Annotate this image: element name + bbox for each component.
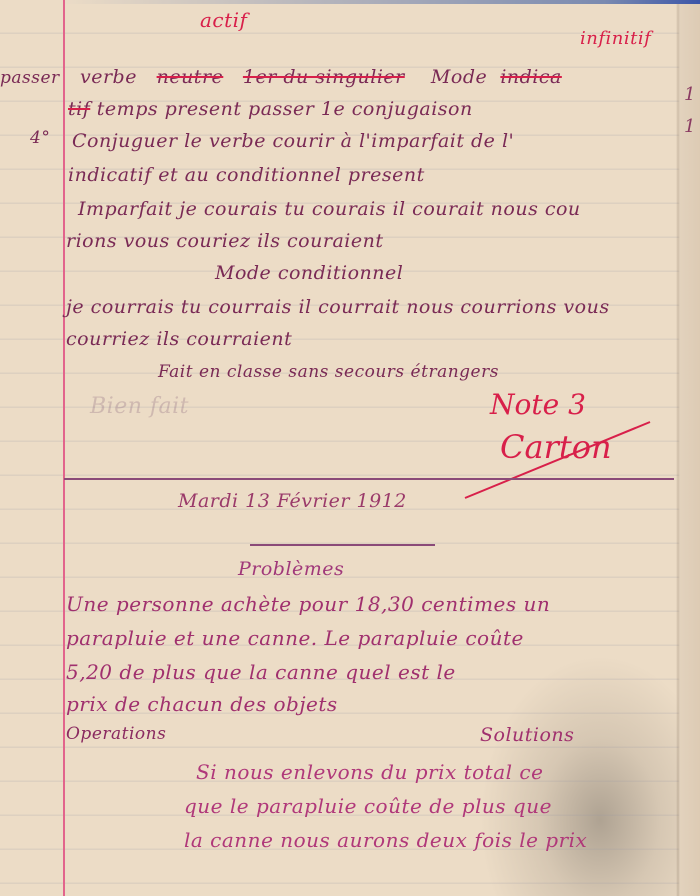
analysis-rest: temps present passer 1e conjugaison xyxy=(97,98,473,120)
notebook-page: passer 4° actif infinitif verbe neutre 1… xyxy=(0,0,700,896)
problem-line-4: prix de chacun des objets xyxy=(66,692,338,716)
solution-line-2: que le parapluie coûte de plus que xyxy=(184,794,552,818)
problem-line-1: Une personne achète pour 18,30 centimes … xyxy=(66,592,550,616)
word-verbe: verbe xyxy=(80,66,137,88)
problem-line-3: 5,20 de plus que la canne quel est le xyxy=(66,660,456,684)
teacher-correction-infinitif: infinitif xyxy=(580,28,651,49)
notebook-cover-edge xyxy=(60,0,700,4)
solutions-label: Solutions xyxy=(480,724,574,746)
imparfait-line-2: rions vous couriez ils couraient xyxy=(66,230,383,252)
conditionnel-line-2: courriez ils courraient xyxy=(66,328,292,350)
analysis-line-1: verbe neutre 1er du singulier Mode indic… xyxy=(80,66,562,88)
problem-line-2: parapluie et une canne. Le parapluie coû… xyxy=(66,626,524,650)
operations-label: Operations xyxy=(66,724,166,744)
conditionnel-title: Mode conditionnel xyxy=(215,262,403,284)
right-page-fragment: 1 xyxy=(684,84,695,105)
conditionnel-line-1: je courrais tu courrais il courrait nous… xyxy=(66,296,610,318)
section-divider xyxy=(64,478,674,480)
struck-tif: tif xyxy=(68,98,90,120)
teacher-correction-actif: actif xyxy=(200,8,247,32)
instruction-line-1: Conjuguer le verbe courir à l'imparfait … xyxy=(72,130,514,152)
struck-neutre: neutre xyxy=(157,66,224,88)
margin-note-passer: passer xyxy=(0,68,60,88)
struck-singulier: 1er du singulier xyxy=(243,66,405,88)
right-page-fragment: 1 xyxy=(684,116,695,137)
analysis-line-2: tif temps present passer 1e conjugaison xyxy=(68,98,473,120)
signature-flourish xyxy=(460,410,660,510)
section-title-problemes: Problèmes xyxy=(238,558,344,580)
margin-line xyxy=(63,0,65,896)
word-mode: Mode xyxy=(431,66,487,88)
solution-line-1: Si nous enlevons du prix total ce xyxy=(196,760,543,784)
solution-line-3: la canne nous aurons deux fois le prix xyxy=(184,828,587,852)
faded-offset-text: Bien fait xyxy=(90,394,189,419)
struck-indica: indica xyxy=(500,66,562,88)
closing-note: Fait en classe sans secours étrangers xyxy=(158,362,499,382)
margin-note-exercise-number: 4° xyxy=(30,128,50,148)
title-rule xyxy=(250,544,435,546)
imparfait-line-1: Imparfait je courais tu courais il coura… xyxy=(78,198,581,220)
lesson-date: Mardi 13 Février 1912 xyxy=(178,490,407,512)
instruction-line-2: indicatif et au conditionnel present xyxy=(68,164,425,186)
